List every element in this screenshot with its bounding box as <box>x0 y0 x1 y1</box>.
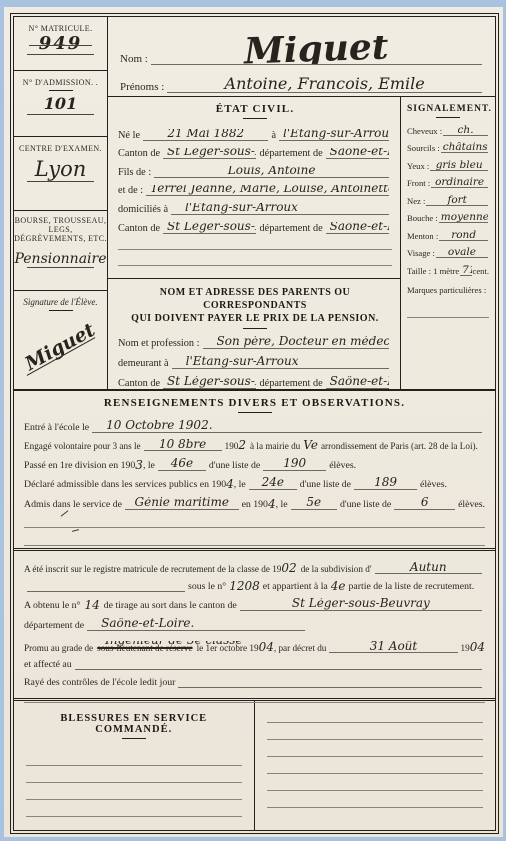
renseignements-title: RENSEIGNEMENTS DIVERS ET OBSERVATIONS. <box>24 397 485 409</box>
canton2-line: Canton de St Léger-sous-Beuvray départem… <box>118 222 392 234</box>
form-border: N° MATRICULE. 949 N° D'ADMISSION. . 101 … <box>10 13 499 834</box>
sourcils-row: Sourcils :châtains <box>407 142 489 153</box>
front-row: Front :ordinaire <box>407 177 489 188</box>
nom-row: Nom : Miguet <box>108 17 495 67</box>
nez-field: fort <box>426 195 488 206</box>
passe-label-4: élèves. <box>329 460 356 471</box>
engage-label-1: Engagé volontaire pour 3 ans le <box>24 441 141 451</box>
yeux-row: Yeux :gris bleu <box>407 160 489 171</box>
canton2-field: St Léger-sous-Beuvray <box>163 222 256 234</box>
declare-field-2: 24e <box>249 477 297 490</box>
blessures-right <box>255 701 496 830</box>
dept1-field: Saône-et-Loire <box>326 148 389 160</box>
etat-civil-title: ÉTAT CIVIL. <box>118 103 392 115</box>
taille-unit: cent. <box>473 266 489 276</box>
taille-field: 71 <box>460 265 471 276</box>
lieu-field: l'Etang-sur-Arroux <box>279 129 389 141</box>
blessures-section: BLESSURES EN SERVICE COMMANDÉ. <box>14 701 495 830</box>
raye-field <box>178 687 482 688</box>
divider <box>243 328 267 329</box>
ne-value: 21 Mai 1882 <box>167 129 244 140</box>
blank-rule <box>267 774 484 791</box>
divider <box>436 117 460 118</box>
passe-value-2: 46e <box>171 458 193 470</box>
passe-label-2: , le <box>143 460 155 471</box>
divider <box>238 412 272 413</box>
nom-field: Miguet <box>151 36 482 65</box>
obtenu-line: A obtenu le n° 14 de tirage au sort dans… <box>24 598 485 611</box>
nom-label: Nom : <box>120 53 148 65</box>
sourcils-label: Sourcils : <box>407 143 440 153</box>
engage-value-3: Ve <box>303 440 318 451</box>
ne-label: Né le <box>118 130 140 141</box>
parents-dept-label: département de <box>259 378 322 389</box>
demeurant-value: l'Etang-sur-Arroux <box>186 356 299 368</box>
blank-rule <box>267 791 484 808</box>
declare-value-1: 4 <box>226 479 234 490</box>
canton2-label: Canton de <box>118 223 160 234</box>
etde-line: et de : Terrel Jeanne, Marie, Louise, An… <box>118 185 392 197</box>
entre-value: 10 Octobre 1902. <box>106 420 212 432</box>
sous-numero-line: sous le n° 1208 et appartient à la 4e pa… <box>24 581 485 592</box>
bouche-value: moyenne <box>441 212 488 223</box>
marques-label: Marques particulières : <box>407 285 486 295</box>
divider <box>243 118 267 119</box>
upper-section: N° MATRICULE. 949 N° D'ADMISSION. . 101 … <box>14 17 495 391</box>
demeurant-label: demeurant à <box>118 358 169 369</box>
domicile-line: domiciliés à l'Etang-sur-Arroux <box>118 203 392 215</box>
obtenu-label-2: de tirage au sort dans le canton de <box>104 600 237 611</box>
signature-box: Signature de l'Élève. Miguet <box>14 291 107 389</box>
centre-examen-box: CENTRE D'EXAMEN. Lyon <box>14 137 107 211</box>
affecte-label: et affecté au <box>24 659 72 670</box>
promu-label-3: , par décret du <box>274 643 327 653</box>
yeux-label: Yeux : <box>407 161 429 171</box>
affecte-line: et affecté au <box>24 659 485 670</box>
admission-value: 101 <box>44 94 77 113</box>
blank-rule <box>267 757 484 774</box>
ne-le-line: Né le 21 Mai 1882 à l'Etang-sur-Arroux <box>118 129 392 141</box>
matricule-label: N° MATRICULE. <box>14 24 107 33</box>
promu-label-4: 19 <box>461 643 470 653</box>
obtenu-label-1: A obtenu le n° <box>24 600 80 611</box>
admission-rule <box>27 114 94 115</box>
divider <box>49 310 73 311</box>
blank-rule <box>24 688 485 703</box>
centre-rule <box>27 181 94 182</box>
blank-rule <box>26 766 242 783</box>
prenoms-field: Antoine, Francois, Emile <box>167 77 482 93</box>
signature-label: Signature de l'Élève. <box>14 297 107 307</box>
empty-fill <box>27 591 185 592</box>
declare-label-3: d'une liste de <box>300 479 351 490</box>
admis-field-3: 5e <box>291 497 337 510</box>
dept-label: département de <box>24 620 84 631</box>
demeurant-field: l'Etang-sur-Arroux <box>172 356 389 369</box>
nez-value: fort <box>447 195 466 206</box>
declare-value-2: 24e <box>262 477 284 489</box>
engage-field-1: 10 8bre <box>144 439 222 451</box>
affecte-field <box>75 669 482 670</box>
passe-label-1: Passé en 1re division en 190 <box>24 460 135 471</box>
bourse-value: Pensionnaire <box>14 251 107 267</box>
declare-field-3: 189 <box>354 477 417 490</box>
marques-row: Marques particulières : <box>407 285 489 295</box>
declare-label-2: , le <box>234 479 246 490</box>
student-signature: Miguet <box>22 319 99 375</box>
parents-canton-label: Canton de <box>118 378 160 389</box>
dept-value: Saône-et-Loire. <box>101 618 194 630</box>
prenoms-row: Prénoms : Antoine, Francois, Emile <box>108 67 495 97</box>
canton2-value: St Léger-sous-Beuvray <box>167 222 256 233</box>
bourse-label-2: LEGS, DÉGRÈVEMENTS, ETC. <box>14 225 107 243</box>
admis-field-4: 6 <box>394 497 455 510</box>
front-value: ordinaire <box>435 177 484 188</box>
fils-field: Louis, Antoine <box>154 166 389 178</box>
admission-label: N° D'ADMISSION. . <box>14 78 107 87</box>
engage-value-2: 2 <box>238 440 246 451</box>
centre-examen-label: CENTRE D'EXAMEN. <box>14 144 107 153</box>
dept2-field: Saône-et-Loire <box>326 222 389 234</box>
ne-field: 21 Mai 1882 <box>143 129 268 141</box>
admis-value-3: 5e <box>306 497 321 509</box>
visage-field: ovale <box>436 247 488 258</box>
dept2-label: département de <box>259 223 322 234</box>
passe-value-3: 190 <box>283 458 306 470</box>
bouche-label: Bouche : <box>407 213 438 223</box>
blank-rule <box>407 295 489 318</box>
raye-line: Rayé des contrôles de l'école ledit jour <box>24 677 485 688</box>
blank-rule <box>267 740 484 757</box>
etde-field: Terrel Jeanne, Marie, Louise, Antoinette <box>146 185 389 197</box>
admis-value-2: 4 <box>268 499 276 510</box>
promu-line: Promu au grade de Ingénieur de 3e classe… <box>24 641 485 653</box>
profession-value: Son père, Docteur en médecine <box>217 336 389 348</box>
etde-value: Terrel Jeanne, Marie, Louise, Antoinette <box>150 185 389 196</box>
promu-correction: Ingénieur de 3e classe sous-lieutenant d… <box>97 643 192 653</box>
profession-label: Nom et profession : <box>118 338 200 349</box>
centre-examen-value: Lyon <box>14 157 107 181</box>
profession-line: Nom et profession : Son père, Docteur en… <box>118 336 392 349</box>
promu-value-2: 04 <box>259 642 274 653</box>
parents-canton-line: Canton de St Léger-sous-Beuvray départem… <box>118 376 392 389</box>
bouche-field: moyenne <box>439 212 488 223</box>
sous-label-3: partie de la liste de recrutement. <box>349 581 475 592</box>
main-area: Nom : Miguet Prénoms : Antoine, Francois… <box>108 17 495 389</box>
admis-line: Admis dans le service de Génie maritime … <box>24 497 485 510</box>
domicile-label: domiciliés à <box>118 204 168 215</box>
canton1-label: Canton de <box>118 148 160 159</box>
declare-value-3: 189 <box>374 477 397 489</box>
declare-label-1: Déclaré admissible dans les services pub… <box>24 479 226 490</box>
dept-field: Saône-et-Loire. <box>87 618 305 631</box>
inscrit-label-1: A été inscrit sur le registre matricule … <box>24 564 281 574</box>
dept1-value: Saône-et-Loire <box>330 148 389 159</box>
inscrit-label-2: de la subdivision d' <box>301 564 372 574</box>
prenoms-value: Antoine, Francois, Emile <box>225 77 425 93</box>
obtenu-value-1: 14 <box>84 600 99 611</box>
visage-row: Visage :ovale <box>407 247 489 258</box>
admis-value-1: Génie maritime <box>135 497 229 509</box>
etat-civil-section: ÉTAT CIVIL. Né le 21 Mai 1882 à l'Etang-… <box>108 97 400 389</box>
fils-line: Fils de : Louis, Antoine <box>118 166 392 178</box>
promu-correction-value: Ingénieur de 3e classe <box>105 641 242 646</box>
admis-label-1: Admis dans le service de <box>24 499 122 510</box>
dept2-value: Saône-et-Loire <box>330 222 389 233</box>
parents-canton-field: St Léger-sous-Beuvray <box>163 376 256 389</box>
parents-dept-value: Saône-et-Loire <box>330 376 389 388</box>
admis-label-4: d'une liste de <box>340 499 391 510</box>
passe-field-2: 46e <box>158 458 206 471</box>
etde-label: et de : <box>118 185 143 196</box>
fils-value: Louis, Antoine <box>228 166 316 177</box>
yeux-value: gris bleu <box>436 160 483 171</box>
blank-rule <box>118 250 392 266</box>
entre-field: 10 Octobre 1902. <box>92 420 482 433</box>
lieu-value: l'Etang-sur-Arroux <box>283 129 389 140</box>
sous-label-2: et appartient à la <box>263 581 328 592</box>
nez-label: Nez : <box>407 196 425 206</box>
menton-row: Menton :rond <box>407 230 489 241</box>
blank-rule <box>26 800 242 817</box>
canton1-line: Canton de St Léger-sous-Beuvray départem… <box>118 148 392 160</box>
bourse-label-1: BOURSE, TROUSSEAU, <box>14 216 107 225</box>
engage-line: Engagé volontaire pour 3 ans le 10 8bre … <box>24 439 485 451</box>
sous-value-1: 1208 <box>229 581 260 592</box>
canton1-field: St Léger-sous-Beuvray <box>163 148 256 160</box>
promu-value-4: 04 <box>470 642 485 653</box>
bouche-row: Bouche :moyenne <box>407 212 489 223</box>
engage-label-4: arrondissement de Paris (art. 28 de la L… <box>321 441 478 451</box>
left-column: N° MATRICULE. 949 N° D'ADMISSION. . 101 … <box>14 17 108 389</box>
blank-rule <box>267 723 484 740</box>
registration-form: N° MATRICULE. 949 N° D'ADMISSION. . 101 … <box>13 16 496 831</box>
demeurant-line: demeurant à l'Etang-sur-Arroux <box>118 356 392 369</box>
inscrit-value-1: 02 <box>281 563 296 574</box>
parents-dept-field: Saône-et-Loire <box>326 376 389 389</box>
front-label: Front : <box>407 178 430 188</box>
taille-label: Taille : 1 mètre <box>407 266 459 276</box>
divider <box>49 90 73 91</box>
promu-value-3: 31 Août <box>370 641 418 653</box>
entre-label: Entré à l'école le <box>24 422 89 433</box>
signalement-section: SIGNALEMENT. Cheveux :ch. Sourcils :chât… <box>400 97 495 389</box>
engage-label-3: à la mairie du <box>250 441 300 451</box>
passe-field-3: 190 <box>263 458 326 471</box>
sous-label-1: sous le n° <box>188 581 226 592</box>
dept1-label: département de <box>259 148 322 159</box>
blank-rule <box>118 234 392 250</box>
engage-label-2: 190 <box>225 441 239 451</box>
inscrit-value-2: Autun <box>410 562 447 574</box>
sous-value-2: 4e <box>331 581 346 592</box>
cheveux-value: ch. <box>458 125 474 136</box>
blessures-left: BLESSURES EN SERVICE COMMANDÉ. <box>14 701 255 830</box>
promu-decret-field: 31 Août <box>329 641 457 653</box>
profession-field: Son père, Docteur en médecine <box>203 336 389 349</box>
admis-value-4: 6 <box>421 497 429 509</box>
taille-value: 71 <box>462 265 471 276</box>
divider <box>122 738 146 739</box>
matricule-box: N° MATRICULE. 949 <box>14 17 107 71</box>
blank-rule <box>24 528 485 546</box>
cheveux-field: ch. <box>443 125 488 136</box>
parents-section: NOM ET ADRESSE DES PARENTS OU CORRESPOND… <box>108 278 400 389</box>
declare-label-4: élèves. <box>420 479 447 490</box>
parents-title-2: QUI DOIVENT PAYER LE PRIX DE LA PENSION. <box>118 312 392 325</box>
visage-label: Visage : <box>407 248 435 258</box>
sourcils-field: châtains <box>441 142 488 153</box>
blessures-title: BLESSURES EN SERVICE COMMANDÉ. <box>26 713 242 735</box>
obtenu-field-2: St Léger-sous-Beuvray <box>240 598 482 611</box>
a-label: à <box>271 130 276 141</box>
menton-label: Menton : <box>407 231 438 241</box>
blank-rule <box>267 706 484 723</box>
cheveux-label: Cheveux : <box>407 126 442 136</box>
yeux-field: gris bleu <box>430 160 488 171</box>
bourse-box: BOURSE, TROUSSEAU, LEGS, DÉGRÈVEMENTS, E… <box>14 211 107 291</box>
entre-line: Entré à l'école le 10 Octobre 1902. <box>24 420 485 433</box>
admis-field-1: Génie maritime <box>125 497 239 510</box>
passe-line: Passé en 1re division en 190 3 , le 46e … <box>24 458 485 471</box>
nom-value: Miguet <box>244 36 389 65</box>
admis-label-5: élèves. <box>458 499 485 510</box>
bourse-rule <box>27 267 94 268</box>
obtenu-value-2: St Léger-sous-Beuvray <box>292 598 430 610</box>
engage-value-1: 10 8bre <box>159 439 206 451</box>
raye-label: Rayé des contrôles de l'école ledit jour <box>24 677 175 688</box>
front-field: ordinaire <box>431 177 488 188</box>
parents-title-1: NOM ET ADRESSE DES PARENTS OU CORRESPOND… <box>118 286 392 312</box>
matricule-rule <box>27 54 94 55</box>
dept-line: département de Saône-et-Loire. <box>24 618 485 631</box>
canton1-value: St Léger-sous-Beuvray <box>167 148 256 159</box>
fils-label: Fils de : <box>118 167 151 178</box>
blank-rule <box>26 783 242 800</box>
inscrit-line: A été inscrit sur le registre matricule … <box>24 562 485 574</box>
passe-value-1: 3 <box>135 460 143 471</box>
blank-rule <box>24 510 485 528</box>
civil-split: ÉTAT CIVIL. Né le 21 Mai 1882 à l'Etang-… <box>108 97 495 389</box>
admis-label-2: en 190 <box>242 499 268 510</box>
promu-label-1: Promu au grade de <box>24 643 93 653</box>
passe-label-3: d'une liste de <box>209 460 260 471</box>
nez-row: Nez :fort <box>407 195 489 206</box>
cheveux-row: Cheveux :ch. <box>407 125 489 136</box>
declare-line: Déclaré admissible dans les services pub… <box>24 477 485 490</box>
signalement-title: SIGNALEMENT. <box>407 104 489 114</box>
parents-canton-value: St Léger-sous-Beuvray <box>167 376 256 388</box>
taille-row: Taille : 1 mètre 71 cent. <box>407 265 489 276</box>
inscrit-field-2: Autun <box>375 562 482 574</box>
domicile-field: l'Etang-sur-Arroux <box>171 203 389 215</box>
visage-value: ovale <box>448 247 476 258</box>
recrutement-section: A été inscrit sur le registre matricule … <box>14 551 495 701</box>
menton-value: rond <box>451 230 476 241</box>
domicile-value: l'Etang-sur-Arroux <box>185 203 298 214</box>
prenoms-label: Prénoms : <box>120 81 164 93</box>
admis-label-3: , le <box>276 499 288 510</box>
menton-field: rond <box>439 230 488 241</box>
matricule-value: 949 <box>33 33 89 54</box>
renseignements-section: RENSEIGNEMENTS DIVERS ET OBSERVATIONS. E… <box>14 391 495 551</box>
blank-rule <box>26 749 242 766</box>
admission-box: N° D'ADMISSION. . 101 <box>14 71 107 137</box>
sourcils-value: châtains <box>443 142 488 153</box>
scanned-paper: N° MATRICULE. 949 N° D'ADMISSION. . 101 … <box>4 7 503 837</box>
